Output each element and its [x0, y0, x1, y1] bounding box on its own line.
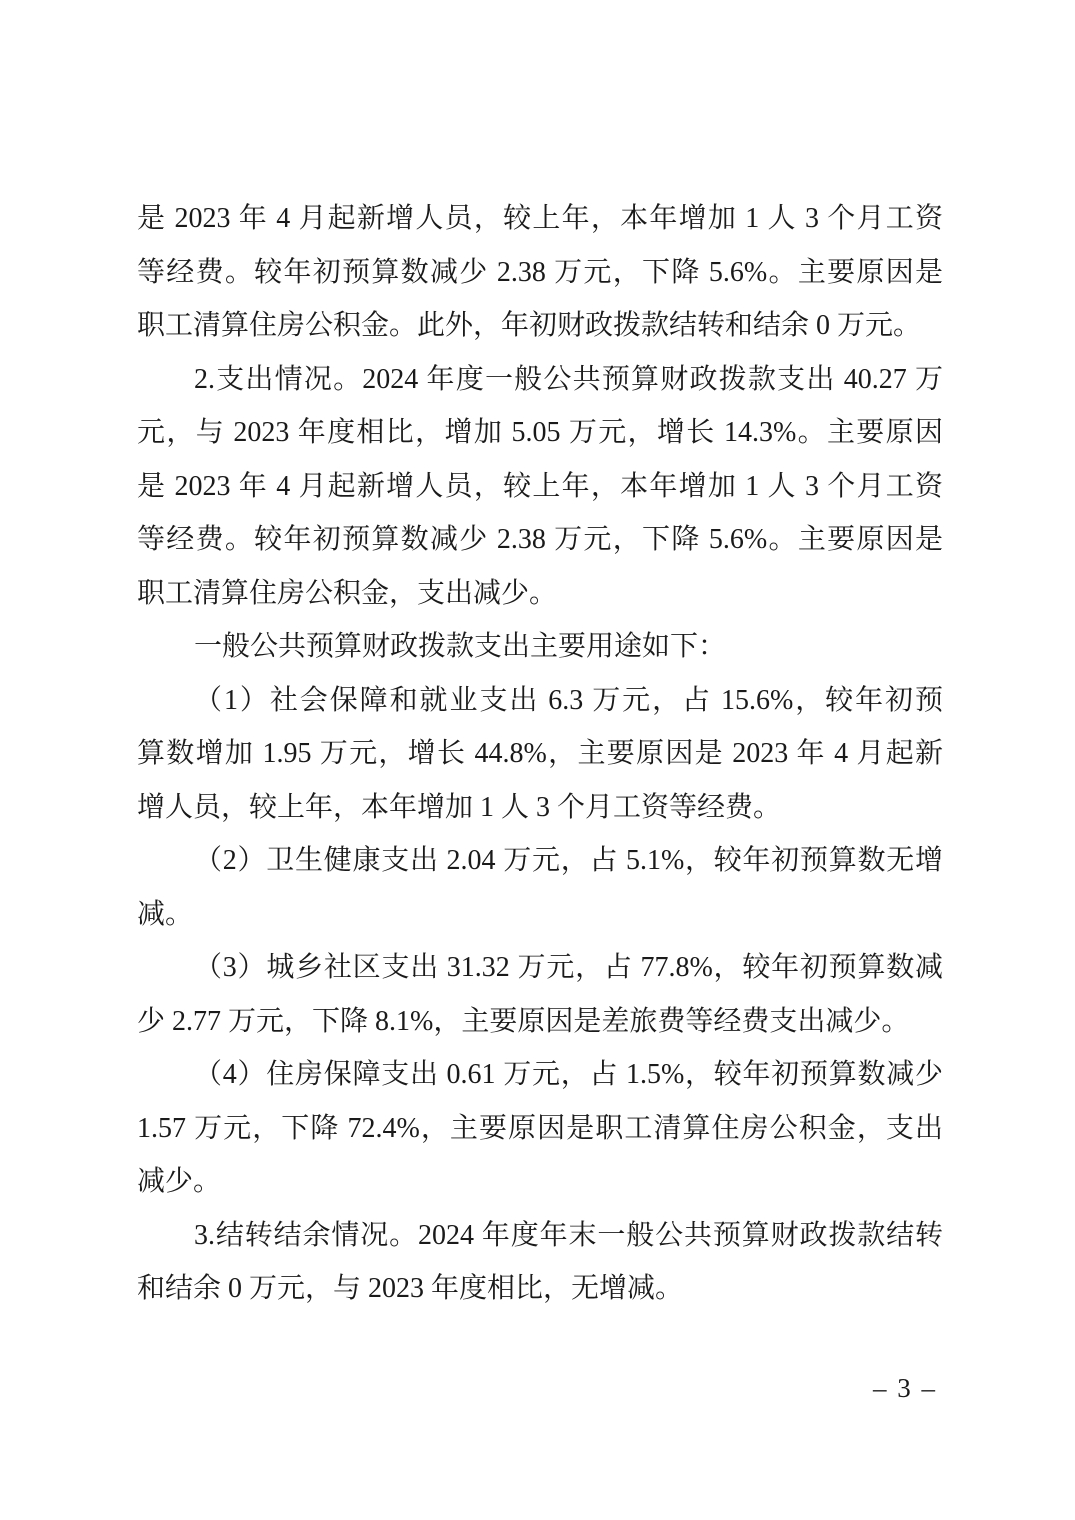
text-line: 3.结转结余情况。2024 年度年末一般公共预算财政拨款结转	[137, 1209, 943, 1263]
text-line: 等经费。较年初预算数减少 2.38 万元，下降 5.6%。主要原因是	[137, 513, 943, 567]
text-line: 算数增加 1.95 万元，增长 44.8%，主要原因是 2023 年 4 月起新	[137, 727, 943, 781]
text-line: （1）社会保障和就业支出 6.3 万元，占 15.6%，较年初预	[137, 674, 943, 728]
text-line: （4）住房保障支出 0.61 万元，占 1.5%，较年初预算数减少	[137, 1048, 943, 1102]
page-number: – 3 –	[873, 1372, 937, 1404]
text-line: 职工清算住房公积金。此外，年初财政拨款结转和结余 0 万元。	[137, 299, 943, 353]
text-line: （2）卫生健康支出 2.04 万元，占 5.1%，较年初预算数无增	[137, 834, 943, 888]
document-page: 是 2023 年 4 月起新增人员，较上年，本年增加 1 人 3 个月工资等经费…	[0, 0, 1075, 1520]
text-line: 元，与 2023 年度相比，增加 5.05 万元，增长 14.3%。主要原因	[137, 406, 943, 460]
text-line: 一般公共预算财政拨款支出主要用途如下：	[137, 620, 943, 674]
text-line: （3）城乡社区支出 31.32 万元，占 77.8%，较年初预算数减	[137, 941, 943, 995]
text-line: 少 2.77 万元，下降 8.1%，主要原因是差旅费等经费支出减少。	[137, 995, 943, 1049]
text-line: 1.57 万元，下降 72.4%，主要原因是职工清算住房公积金，支出	[137, 1102, 943, 1156]
document-body: 是 2023 年 4 月起新增人员，较上年，本年增加 1 人 3 个月工资等经费…	[137, 192, 943, 1316]
text-line: 职工清算住房公积金，支出减少。	[137, 567, 943, 621]
text-line: 减。	[137, 888, 943, 942]
text-line: 是 2023 年 4 月起新增人员，较上年，本年增加 1 人 3 个月工资	[137, 192, 943, 246]
text-line: 是 2023 年 4 月起新增人员，较上年，本年增加 1 人 3 个月工资	[137, 460, 943, 514]
text-line: 增人员，较上年，本年增加 1 人 3 个月工资等经费。	[137, 781, 943, 835]
text-line: 2.支出情况。2024 年度一般公共预算财政拨款支出 40.27 万	[137, 353, 943, 407]
text-line: 和结余 0 万元，与 2023 年度相比，无增减。	[137, 1262, 943, 1316]
text-line: 等经费。较年初预算数减少 2.38 万元，下降 5.6%。主要原因是	[137, 246, 943, 300]
text-line: 减少。	[137, 1155, 943, 1209]
